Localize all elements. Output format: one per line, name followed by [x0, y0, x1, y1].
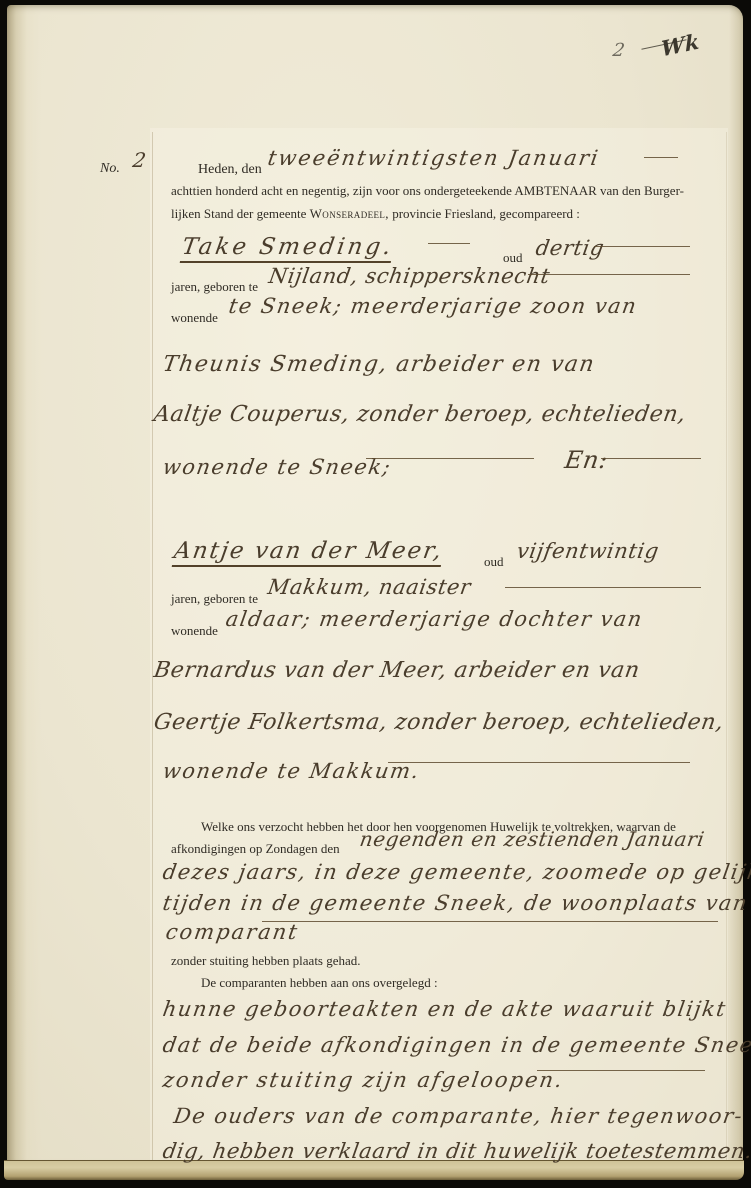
- bride-mother: Geertje Folkertsma, zonder beroep, echte…: [152, 710, 726, 735]
- entry-number-value: 2: [131, 148, 148, 172]
- page-number-pencil: 2: [611, 40, 626, 61]
- blank-rule: [505, 587, 701, 588]
- blank-rule: [528, 274, 690, 275]
- wonende-label-1: wonende: [171, 310, 218, 325]
- groom-father: Theunis Smeding, arbeider en van: [161, 352, 597, 377]
- bride-age: vijfentwintig: [515, 539, 661, 563]
- blank-rule: [537, 1070, 705, 1071]
- oud-label-2-line: oud: [468, 535, 504, 589]
- groom-residence: te Sneek; meerderjarige zoon van: [227, 294, 639, 318]
- consent-line2-text: dig, hebben verklaard in dit huwelijk to…: [161, 1139, 751, 1163]
- corner-page-number: 2: [597, 22, 625, 79]
- blank-rule: [388, 762, 690, 763]
- bride-parents-residence: wonende te Makkum.: [161, 759, 422, 783]
- groom-parents-residence: wonende te Sneek;: [161, 455, 393, 479]
- consent-line2: dig, hebben verklaard in dit huwelijk to…: [147, 1121, 751, 1181]
- entry-number: 2: [117, 130, 146, 190]
- bride-residence: aldaar; meerderjarige dochter van: [224, 607, 645, 631]
- blank-rule: [644, 157, 678, 158]
- bride-parents-residence-line: wonende te Makkum.: [147, 741, 420, 801]
- bride-age-line: vijfentwintig: [501, 521, 659, 581]
- bride-father: Bernardus van der Meer, arbeider en van: [152, 658, 642, 683]
- dash-stroke: [601, 458, 701, 459]
- dash-stroke: [366, 458, 534, 459]
- groom-mother: Aaltje Couperus, zonder beroep, echtelie…: [152, 402, 688, 427]
- groom-parents-residence-line: wonende te Sneek;: [147, 437, 391, 497]
- en-label: En:: [563, 446, 610, 474]
- scanned-register-photo: 2 Wk No. 2 Heden, den tweeëntwintigsten …: [0, 0, 751, 1188]
- dash-stroke: [428, 243, 470, 244]
- en-label-line: En:: [549, 428, 608, 492]
- groom-residence-line: te Sneek; meerderjarige zoon van: [213, 276, 637, 336]
- clerk-initials: Wk: [661, 28, 701, 61]
- blank-rule: [262, 921, 718, 922]
- form-no: No.: [84, 141, 120, 195]
- blank-rule: [594, 246, 690, 247]
